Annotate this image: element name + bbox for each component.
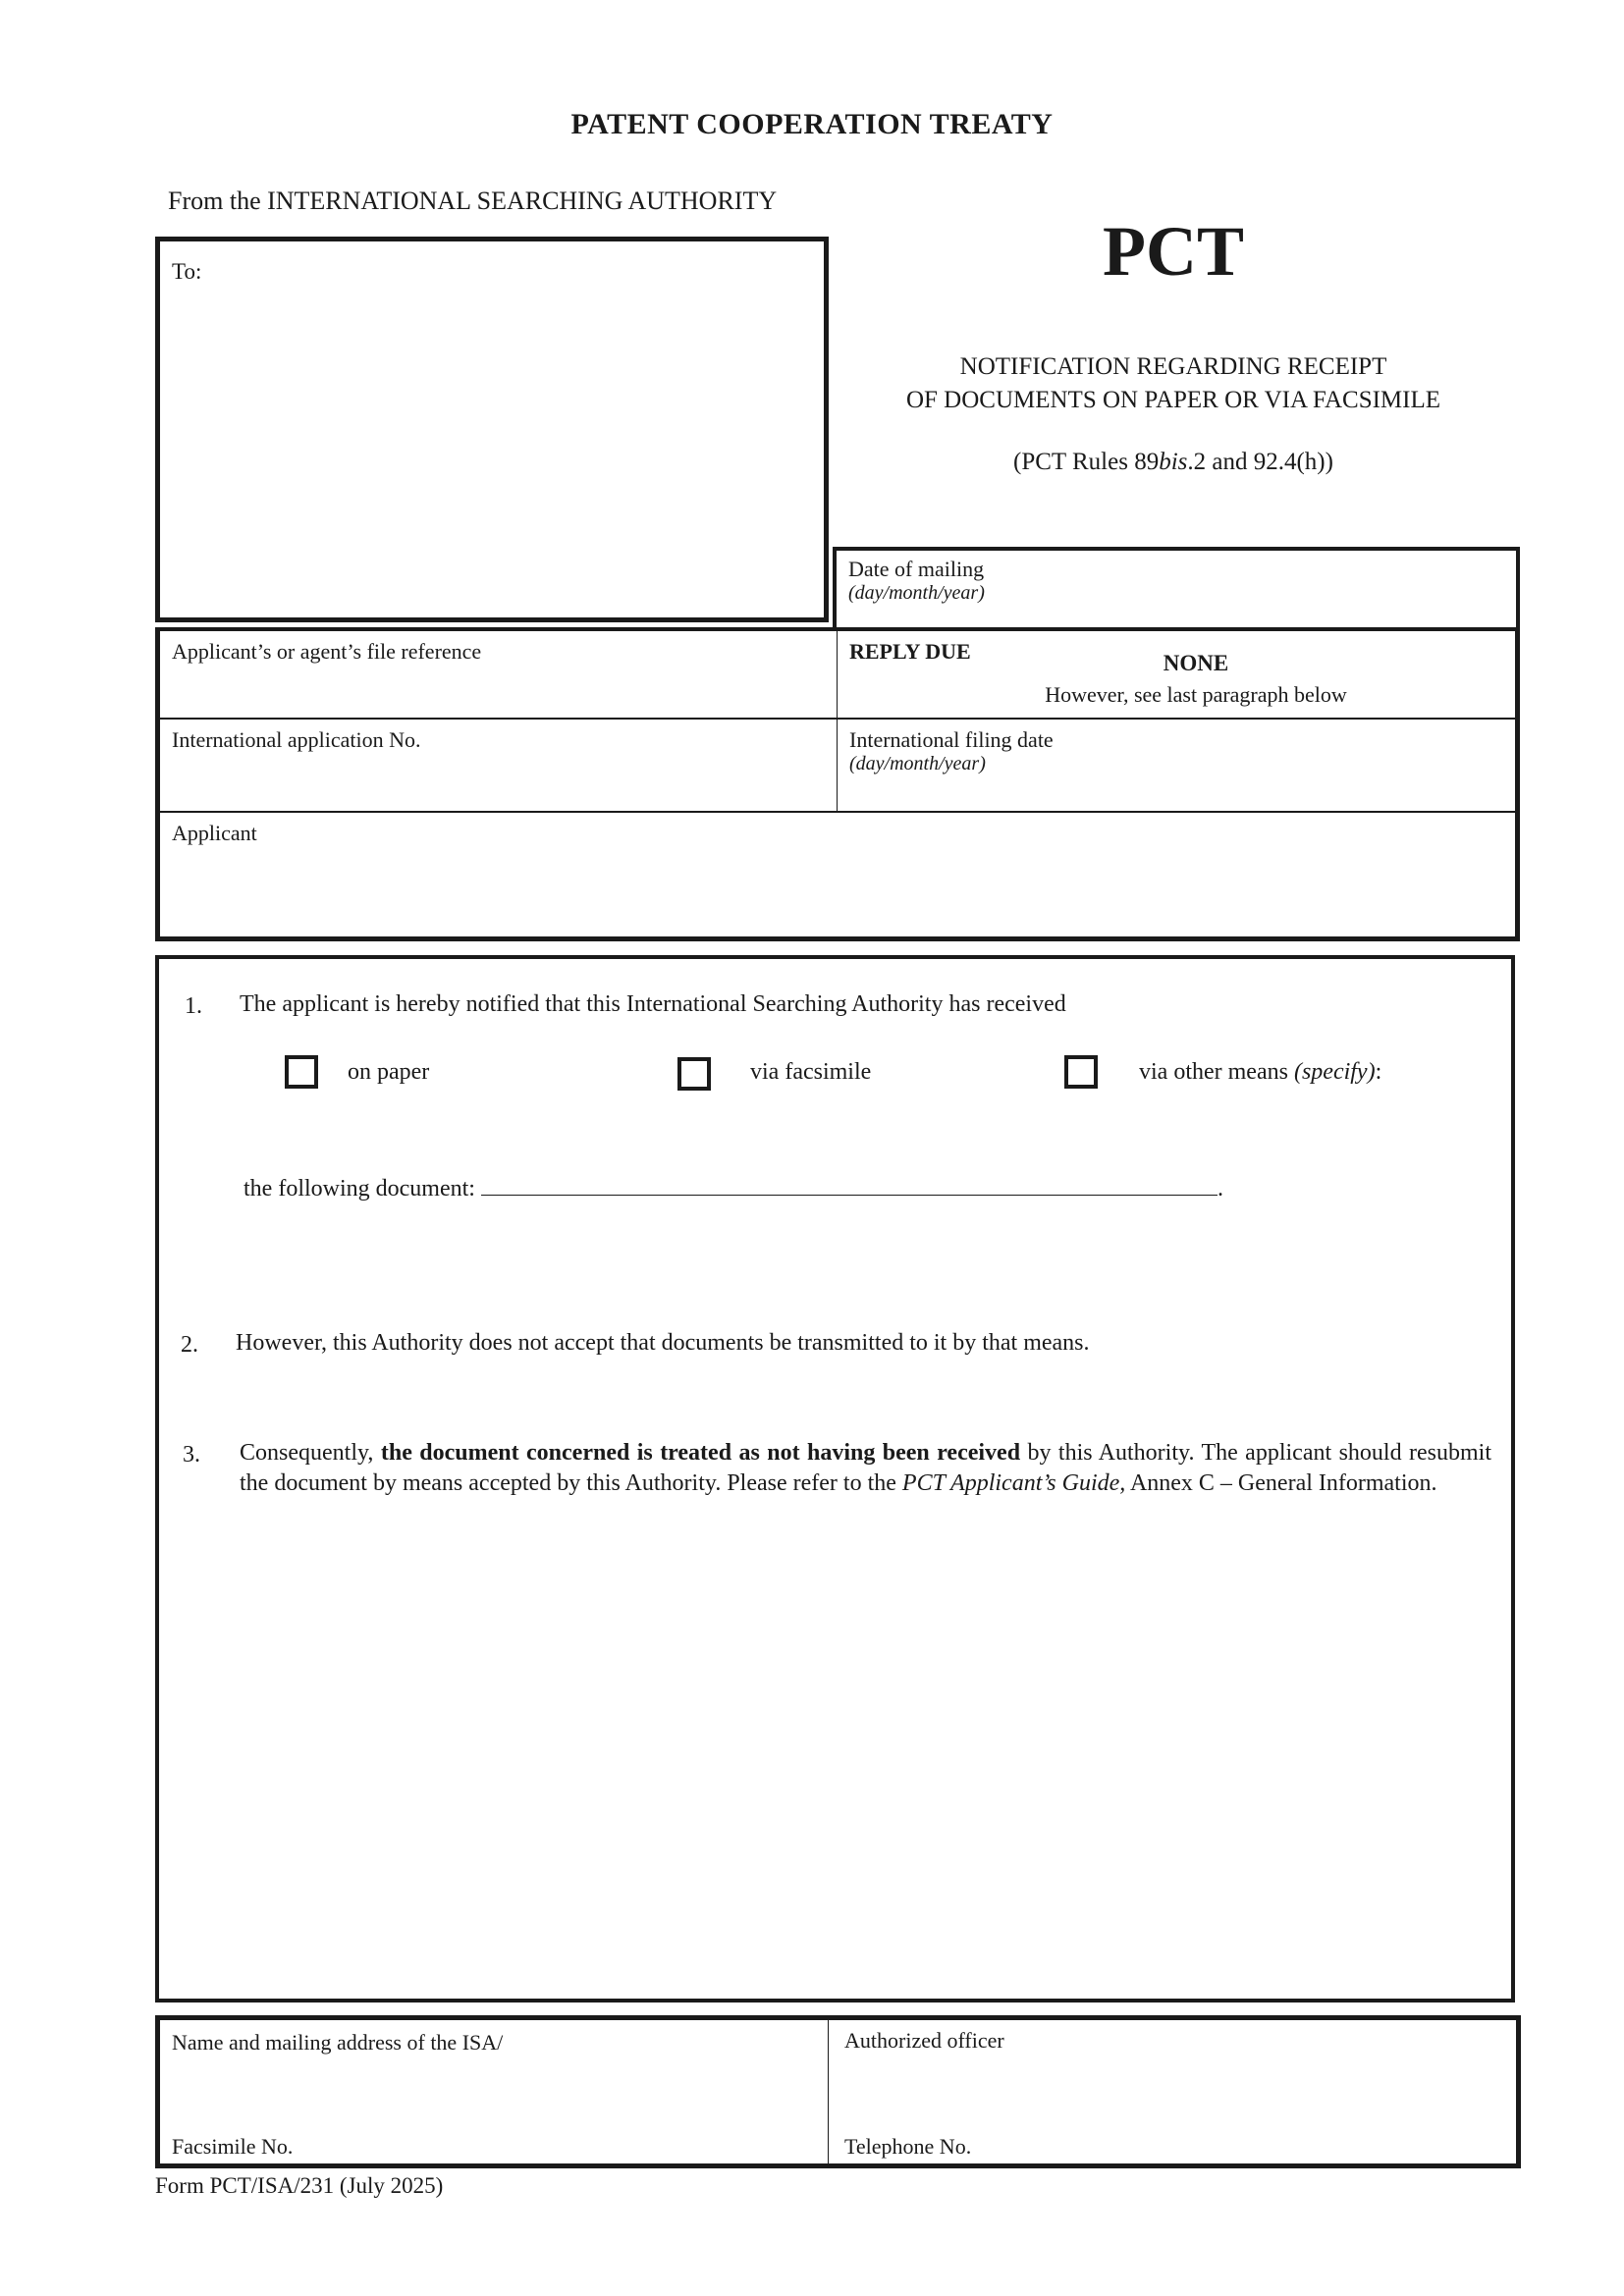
rules-suffix: .2 and 92.4(h)) — [1187, 449, 1333, 475]
item-1-number: 1. — [185, 993, 202, 1020]
applicant-label: Applicant — [172, 821, 257, 846]
on-paper-label: on paper — [348, 1059, 429, 1086]
on-paper-checkbox[interactable] — [285, 1055, 318, 1089]
form-title: PATENT COOPERATION TREATY — [0, 108, 1624, 141]
reply-due-field: REPLY DUE NONE However, see last paragra… — [838, 631, 1515, 720]
reply-due-value: NONE — [838, 651, 1515, 676]
form-identifier: Form PCT/ISA/231 (July 2025) — [155, 2173, 443, 2199]
isa-address-label: Name and mailing address of the ISA/ — [172, 2030, 503, 2056]
item-2-number: 2. — [181, 1332, 198, 1359]
footer-divider — [828, 2020, 829, 2163]
application-no-label: International application No. — [172, 727, 421, 753]
via-other-means-label: via other means (specify): — [1139, 1059, 1381, 1086]
notice-title: NOTIFICATION REGARDING RECEIPT OF DOCUME… — [835, 350, 1512, 417]
date-of-mailing-hint: (day/month/year) — [848, 582, 985, 605]
date-of-mailing-label: Date of mailing — [848, 557, 985, 582]
via-facsimile-label: via facsimile — [750, 1059, 871, 1086]
rules-prefix: (PCT Rules 89 — [1013, 449, 1159, 475]
application-info-grid: Applicant’s or agent’s file reference RE… — [155, 627, 1520, 941]
following-document-line: the following document: . — [244, 1173, 1223, 1204]
facsimile-label: Facsimile No. — [172, 2134, 293, 2160]
authorized-officer-label: Authorized officer — [844, 2028, 1004, 2054]
notice-line-1: NOTIFICATION REGARDING RECEIPT — [835, 350, 1512, 384]
pct-brand: PCT — [835, 211, 1512, 293]
item-3-text: Consequently, the document concerned is … — [240, 1438, 1491, 1499]
filing-date-label: International filing date — [849, 727, 1054, 753]
reply-due-note: However, see last paragraph below — [838, 682, 1515, 708]
filing-date-field[interactable]: International filing date (day/month/yea… — [838, 720, 1515, 813]
to-label: To: — [172, 259, 201, 285]
following-document-label: the following document: — [244, 1176, 475, 1201]
item-1-text: The applicant is hereby notified that th… — [240, 989, 1066, 1020]
addressee-box[interactable]: To: — [155, 237, 829, 622]
item-3-number: 3. — [183, 1442, 200, 1468]
rules-italic: bis — [1159, 449, 1187, 475]
from-authority: From the INTERNATIONAL SEARCHING AUTHORI… — [168, 187, 777, 216]
date-of-mailing-field[interactable]: Date of mailing (day/month/year) — [833, 547, 1520, 631]
file-reference-label: Applicant’s or agent’s file reference — [172, 639, 481, 665]
via-facsimile-checkbox[interactable] — [677, 1057, 711, 1091]
telephone-label: Telephone No. — [844, 2134, 971, 2160]
item-2-text: However, this Authority does not accept … — [236, 1328, 1090, 1359]
via-other-means-checkbox[interactable] — [1064, 1055, 1098, 1089]
following-document-input[interactable] — [481, 1173, 1218, 1196]
applicant-field[interactable]: Applicant — [160, 813, 1515, 933]
rules-reference: (PCT Rules 89bis.2 and 92.4(h)) — [835, 449, 1512, 476]
application-no-field[interactable]: International application No. — [160, 720, 838, 813]
isa-contact-box: Name and mailing address of the ISA/ Fac… — [155, 2015, 1521, 2168]
notification-body: 1. The applicant is hereby notified that… — [155, 955, 1515, 2002]
file-reference-field[interactable]: Applicant’s or agent’s file reference — [160, 631, 838, 720]
notice-line-2: OF DOCUMENTS ON PAPER OR VIA FACSIMILE — [835, 384, 1512, 417]
filing-date-hint: (day/month/year) — [849, 753, 1054, 775]
